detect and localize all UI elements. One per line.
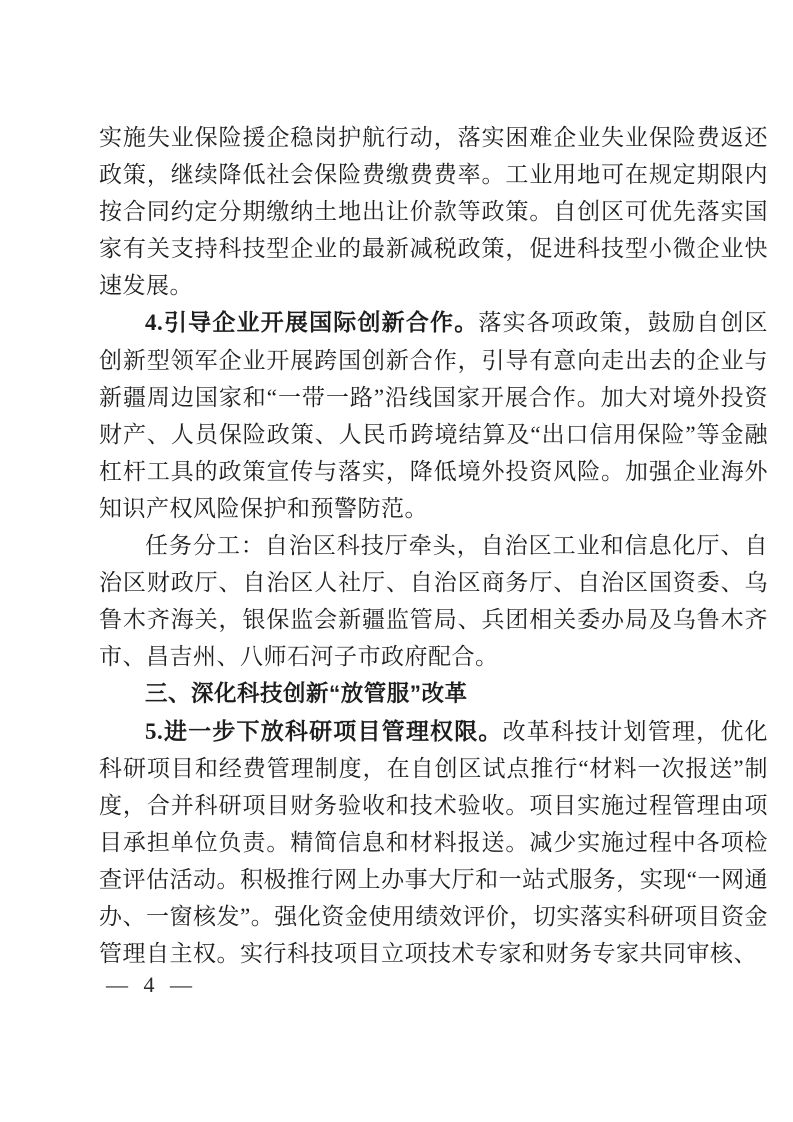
document-page: 实施失业保险援企稳岗护航行动，落实困难企业失业保险费返还政策，继续降低社会保险费… bbox=[0, 0, 793, 1122]
section-heading-text: 三、深化科技创新“放管服”改革 bbox=[145, 681, 468, 706]
paragraph-item-4: 4.引导企业开展国际创新合作。落实各项政策，鼓励自创区创新型领军企业开展跨国创新… bbox=[99, 304, 768, 527]
paragraph-item-5: 5.进一步下放科研项目管理权限。改革科技计划管理，优化科研项目和经费管理制度，在… bbox=[99, 713, 768, 973]
paragraph-lead: 5.进一步下放科研项目管理权限。 bbox=[145, 719, 503, 744]
paragraph-text: 实施失业保险援企稳岗护航行动，落实困难企业失业保险费返还政策，继续降低社会保险费… bbox=[99, 125, 768, 298]
paragraph-text: 落实各项政策，鼓励自创区创新型领军企业开展跨国创新合作，引导有意向走出去的企业与… bbox=[99, 310, 768, 520]
paragraph-text: 改革科技计划管理，优化科研项目和经费管理制度，在自创区试点推行“材料一次报送”制… bbox=[99, 719, 768, 967]
paragraph-task-assignment: 任务分工：自治区科技厅牵头，自治区工业和信息化厅、自治区财政厅、自治区人社厅、自… bbox=[99, 527, 768, 675]
page-number: — 4 — bbox=[106, 970, 193, 1000]
paragraph-continued: 实施失业保险援企稳岗护航行动，落实困难企业失业保险费返还政策，继续降低社会保险费… bbox=[99, 119, 768, 304]
document-body: 实施失业保险援企稳岗护航行动，落实困难企业失业保险费返还政策，继续降低社会保险费… bbox=[99, 119, 768, 972]
paragraph-lead: 4.引导企业开展国际创新合作。 bbox=[145, 310, 478, 335]
paragraph-text: 任务分工：自治区科技厅牵头，自治区工业和信息化厅、自治区财政厅、自治区人社厅、自… bbox=[99, 533, 768, 669]
section-heading-3: 三、深化科技创新“放管服”改革 bbox=[99, 675, 768, 712]
